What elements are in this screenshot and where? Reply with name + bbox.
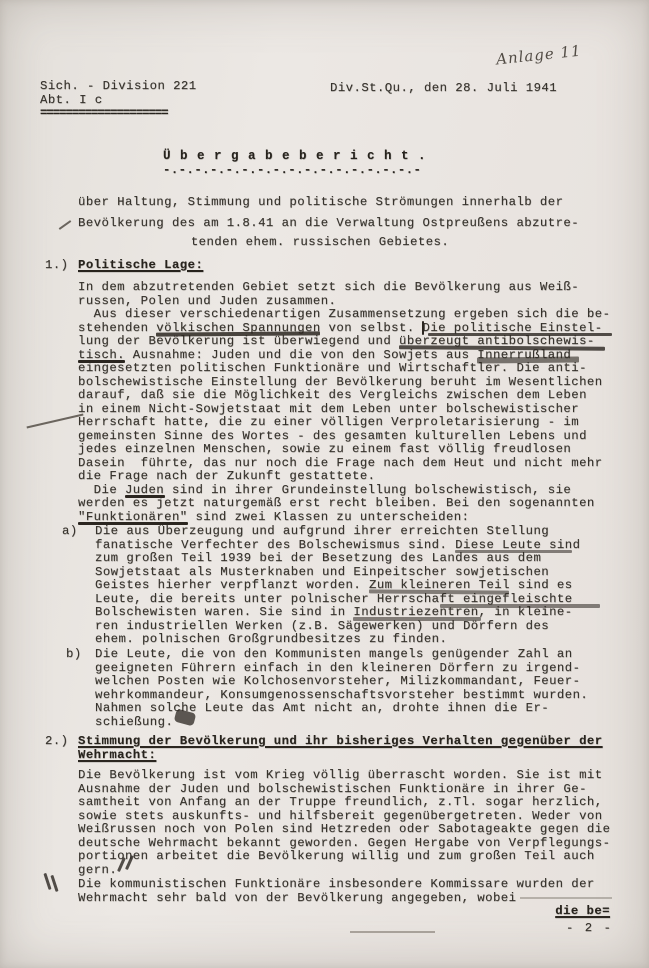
dept-line: Abt. I c bbox=[40, 94, 197, 108]
paragraph: Die Juden sind in ihrer Grundeinstellung… bbox=[78, 484, 610, 525]
item-b-marker: b) bbox=[66, 648, 82, 662]
paragraph: In dem abzutretenden Gebiet setzt sich d… bbox=[78, 281, 610, 308]
pencil-margin-line bbox=[27, 414, 84, 429]
pen-underline-funktionaere bbox=[78, 522, 188, 525]
page-number: - 2 - bbox=[566, 922, 613, 936]
pencil-bottom-line bbox=[350, 931, 435, 933]
title-underline: -.-.-.-.-.-.-.-.-.-.-.-.-.-.-.-.- bbox=[163, 164, 427, 178]
section1-body: In dem abzutretenden Gebiet setzt sich d… bbox=[78, 281, 610, 524]
pen-underline-eingefleischte bbox=[440, 604, 600, 608]
item-a-marker: a) bbox=[62, 525, 78, 539]
pen-underline-industriezentren bbox=[353, 617, 481, 621]
pen-underline-politische-einstellung bbox=[428, 333, 612, 336]
title-block: Ü b e r g a b e b e r i c h t . -.-.-.-.… bbox=[163, 150, 427, 177]
item-b-text: Die Leute, die von den Kommunisten mange… bbox=[95, 648, 588, 729]
pencil-margin-tick bbox=[59, 220, 72, 230]
document-title: Ü b e r g a b e b e r i c h t . bbox=[163, 150, 427, 164]
handwritten-annotation: Anlage 11 bbox=[495, 42, 582, 69]
pen-scribble-innerrussland bbox=[477, 356, 579, 363]
divider-line: ==================== bbox=[40, 107, 197, 121]
pen-underline-tisch bbox=[78, 360, 125, 363]
pen-underline-diese-leute bbox=[455, 550, 572, 553]
paragraph: Die kommunistischen Funktionäre insbeson… bbox=[78, 878, 595, 905]
section1-number: 1.) bbox=[45, 259, 69, 273]
sender-block: Sich. - Division 221 Abt. I c ==========… bbox=[40, 80, 197, 121]
intro-centered-line: tenden ehem. russischen Gebietes. bbox=[40, 236, 600, 250]
pencil-faint-scribble bbox=[520, 897, 612, 899]
catchword-continuation: die be= bbox=[78, 905, 610, 919]
section2-number: 2.) bbox=[45, 735, 69, 749]
section1-heading: Politische Lage: bbox=[78, 259, 203, 273]
section2-heading: Stimmung der Bevölkerung und ihr bisheri… bbox=[78, 735, 603, 762]
document-page: Anlage 11 Sich. - Division 221 Abt. I c … bbox=[0, 0, 649, 968]
item-a-text: Die aus Überzeugung und aufgrund ihrer e… bbox=[95, 525, 580, 647]
paragraph: Die Bevölkerung ist vom Krieg völlig übe… bbox=[78, 769, 610, 877]
pen-box-line bbox=[422, 321, 424, 335]
unit-line: Sich. - Division 221 bbox=[40, 80, 197, 94]
date-line: Div.St.Qu., den 28. Juli 1941 bbox=[330, 82, 557, 96]
intro-paragraph: über Haltung, Stimmung und politische St… bbox=[78, 192, 579, 234]
pen-chevron-mark bbox=[50, 875, 58, 892]
pen-underline-juden bbox=[125, 495, 165, 498]
